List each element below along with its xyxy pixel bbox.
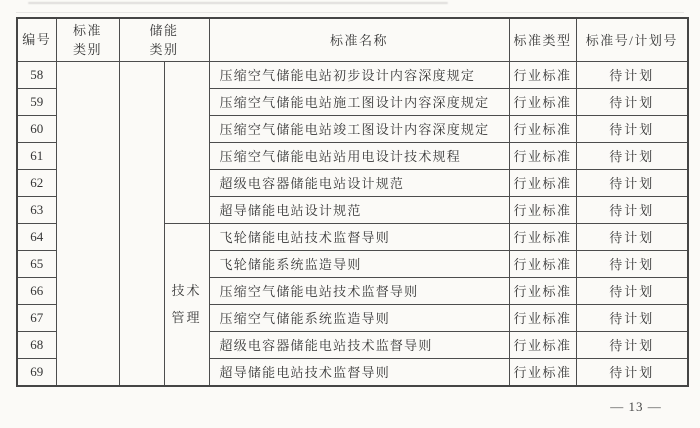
standard-name: 飞轮储能电站技术监督导则	[209, 223, 509, 250]
header-row: 编号 标准 类别 储能 类别 标准名称 标准类型 标准号/计划号	[17, 18, 688, 61]
standard-name: 压缩空气储能电站技术监督导则	[209, 277, 509, 304]
standard-plan: 待计划	[576, 142, 688, 169]
standard-type: 行业标准	[509, 169, 576, 196]
standard-name: 超级电容器储能电站技术监督导则	[209, 331, 509, 358]
standard-type: 行业标准	[509, 277, 576, 304]
standard-type: 行业标准	[509, 61, 576, 88]
header-standard-category-line1: 标准	[57, 21, 119, 40]
storage-subcategory-line1: 技术	[165, 277, 209, 304]
standard-name: 压缩空气储能系统监造导则	[209, 304, 509, 331]
standard-type: 行业标准	[509, 304, 576, 331]
header-standard-name: 标准名称	[209, 18, 509, 61]
header-standard-category-line2: 类别	[57, 40, 119, 59]
storage-subcategory-upper-cell	[164, 61, 209, 223]
standard-plan: 待计划	[576, 223, 688, 250]
standard-type: 行业标准	[509, 88, 576, 115]
standard-name: 压缩空气储能电站站用电设计技术规程	[209, 142, 509, 169]
document-page: 编号 标准 类别 储能 类别 标准名称 标准类型 标准号/计划号 58	[0, 0, 700, 428]
standard-type: 行业标准	[509, 196, 576, 223]
row-id: 65	[17, 250, 56, 277]
standard-type: 行业标准	[509, 358, 576, 386]
row-id: 69	[17, 358, 56, 386]
standard-plan: 待计划	[576, 331, 688, 358]
standard-plan: 待计划	[576, 358, 688, 386]
standard-type: 行业标准	[509, 331, 576, 358]
standard-name: 飞轮储能系统监造导则	[209, 250, 509, 277]
standard-type: 行业标准	[509, 142, 576, 169]
scan-ghost-line	[16, 12, 684, 13]
header-storage-category-line1: 储能	[120, 21, 209, 40]
header-id: 编号	[17, 18, 56, 61]
standard-plan: 待计划	[576, 115, 688, 142]
table-row: 58 压缩空气储能电站初步设计内容深度规定 行业标准 待计划	[17, 61, 688, 88]
standard-name: 超导储能电站技术监督导则	[209, 358, 509, 386]
standard-name: 压缩空气储能电站施工图设计内容深度规定	[209, 88, 509, 115]
row-id: 59	[17, 88, 56, 115]
row-id: 66	[17, 277, 56, 304]
row-id: 63	[17, 196, 56, 223]
row-id: 60	[17, 115, 56, 142]
header-standard-plan: 标准号/计划号	[576, 18, 688, 61]
standard-name: 压缩空气储能电站竣工图设计内容深度规定	[209, 115, 509, 142]
header-id-label: 编号	[18, 30, 56, 49]
row-id: 62	[17, 169, 56, 196]
header-standard-type: 标准类型	[509, 18, 576, 61]
header-storage-category-line2: 类别	[120, 40, 209, 59]
standard-plan: 待计划	[576, 61, 688, 88]
header-standard-category: 标准 类别	[56, 18, 119, 61]
standard-plan: 待计划	[576, 250, 688, 277]
standards-table: 编号 标准 类别 储能 类别 标准名称 标准类型 标准号/计划号 58	[16, 17, 689, 387]
standard-type: 行业标准	[509, 223, 576, 250]
standard-name: 超级电容器储能电站设计规范	[209, 169, 509, 196]
standard-plan: 待计划	[576, 88, 688, 115]
scan-artifact-line	[28, 2, 448, 4]
row-id: 58	[17, 61, 56, 88]
standard-name: 超导储能电站设计规范	[209, 196, 509, 223]
storage-subcategory-lower-cell: 技术 管理	[164, 223, 209, 386]
standard-name: 压缩空气储能电站初步设计内容深度规定	[209, 61, 509, 88]
storage-subcategory-line2: 管理	[165, 304, 209, 331]
standard-plan: 待计划	[576, 169, 688, 196]
storage-category-merged-cell	[119, 61, 164, 386]
header-storage-category: 储能 类别	[119, 18, 209, 61]
row-id: 64	[17, 223, 56, 250]
standard-plan: 待计划	[576, 277, 688, 304]
standard-plan: 待计划	[576, 196, 688, 223]
row-id: 67	[17, 304, 56, 331]
standard-category-merged-cell	[56, 61, 119, 386]
standard-plan: 待计划	[576, 304, 688, 331]
row-id: 61	[17, 142, 56, 169]
page-number: — 13 —	[596, 399, 676, 415]
standard-type: 行业标准	[509, 115, 576, 142]
row-id: 68	[17, 331, 56, 358]
standard-type: 行业标准	[509, 250, 576, 277]
